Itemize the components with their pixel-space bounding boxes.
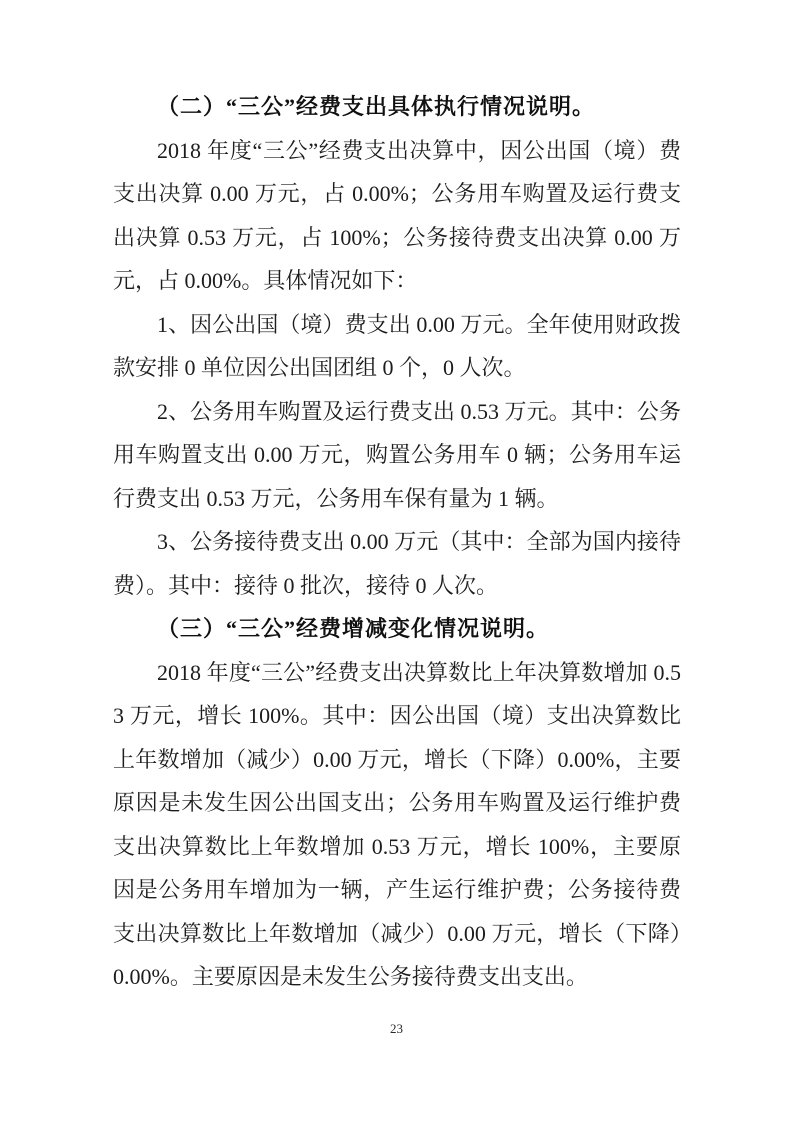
paragraph-expense-summary: 2018 年度“三公”经费支出决算中，因公出国（境）费支出决算 0.00 万元，… [113,129,681,303]
paragraph-item-3-reception-expense: 3、公务接待费支出 0.00 万元（其中：全部为国内接待费）。其中：接待 0 批… [113,520,681,607]
section-heading-expense-change: （三）“三公”经费增减变化情况说明。 [113,607,681,651]
paragraph-item-2-vehicle-expense: 2、公务用车购置及运行费支出 0.53 万元。其中：公务用车购置支出 0.00 … [113,390,681,521]
section-heading-expense-execution: （二）“三公”经费支出具体执行情况说明。 [113,85,681,129]
paragraph-expense-change-detail: 2018 年度“三公”经费支出决算数比上年决算数增加 0.53 万元，增长 10… [113,651,681,999]
page-number: 23 [0,1020,793,1038]
document-page: （二）“三公”经费支出具体执行情况说明。 2018 年度“三公”经费支出决算中，… [0,0,793,1122]
document-body: （二）“三公”经费支出具体执行情况说明。 2018 年度“三公”经费支出决算中，… [113,85,681,999]
paragraph-item-1-abroad-expense: 1、因公出国（境）费支出 0.00 万元。全年使用财政拨款安排 0 单位因公出国… [113,303,681,390]
